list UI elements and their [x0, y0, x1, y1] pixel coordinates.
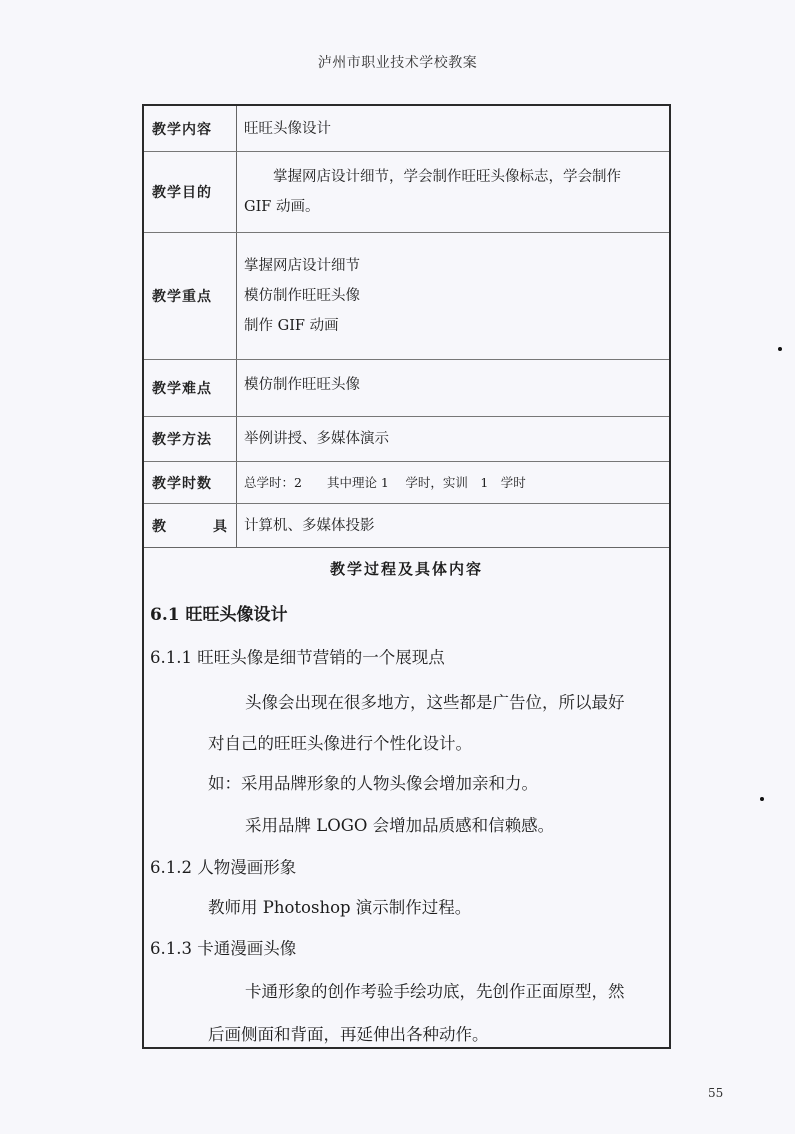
- row-label: 教学目的: [144, 152, 236, 232]
- column-divider: [236, 360, 237, 416]
- row-label: 教 具: [144, 504, 236, 547]
- lesson-plan-table: 教学内容 旺旺头像设计 教学目的 掌握网店设计细节，学会制作旺旺头像标志，学会制…: [142, 104, 671, 1049]
- scan-speck: [778, 347, 782, 351]
- row-value: 举例讲授、多媒体演示: [244, 417, 661, 461]
- row-value: 计算机、多媒体投影: [244, 504, 661, 547]
- row-value: 掌握网店设计细节 模仿制作旺旺头像 制作 GIF 动画: [244, 233, 661, 359]
- page-header: 泸州市职业技术学校教案: [0, 52, 795, 72]
- scan-speck: [760, 797, 764, 801]
- column-divider: [236, 106, 237, 151]
- row-label: 教学难点: [144, 360, 236, 416]
- row-hours: 教学时数 总学时：2 其中理论 1 学时，实训 1 学时: [144, 462, 669, 504]
- subsection-heading: 6.1.3 卡通漫画头像: [150, 935, 663, 959]
- process-title: 教学过程及具体内容: [144, 558, 669, 579]
- row-content: 教学内容 旺旺头像设计: [144, 106, 669, 152]
- row-equipment: 教 具 计算机、多媒体投影: [144, 504, 669, 548]
- row-label: 教学方法: [144, 417, 236, 461]
- row-value: 总学时：2 其中理论 1 学时，实训 1 学时: [244, 462, 661, 503]
- paragraph: 卡通形象的创作考验手绘功底，先创作正面原型，然: [150, 978, 663, 1002]
- paragraph: 如：采用品牌形象的人物头像会增加亲和力。: [150, 770, 663, 794]
- column-divider: [236, 417, 237, 461]
- paragraph: 对自己的旺旺头像进行个性化设计。: [150, 730, 663, 754]
- row-objective: 教学目的 掌握网店设计细节，学会制作旺旺头像标志，学会制作 GIF 动画。: [144, 152, 669, 233]
- row-method: 教学方法 举例讲授、多媒体演示: [144, 417, 669, 462]
- column-divider: [236, 152, 237, 232]
- column-divider: [236, 504, 237, 547]
- row-label: 教学内容: [144, 106, 236, 151]
- subsection-heading: 6.1.1 旺旺头像是细节营销的一个展现点: [150, 644, 663, 668]
- row-value: 旺旺头像设计: [244, 106, 661, 151]
- column-divider: [236, 462, 237, 503]
- section-heading: 6.1 旺旺头像设计: [150, 600, 663, 625]
- paragraph: 后画侧面和背面，再延伸出各种动作。: [150, 1021, 663, 1045]
- paragraph: 教师用 Photoshop 演示制作过程。: [150, 894, 663, 918]
- row-difficulty: 教学难点 模仿制作旺旺头像: [144, 360, 669, 417]
- row-value: 掌握网店设计细节，学会制作旺旺头像标志，学会制作 GIF 动画。: [244, 152, 661, 232]
- column-divider: [236, 233, 237, 359]
- row-label: 教学时数: [144, 462, 236, 503]
- page-number: 55: [708, 1086, 723, 1100]
- row-key-points: 教学重点 掌握网店设计细节 模仿制作旺旺头像 制作 GIF 动画: [144, 233, 669, 360]
- row-label: 教学重点: [144, 233, 236, 359]
- subsection-heading: 6.1.2 人物漫画形象: [150, 854, 663, 878]
- paragraph: 头像会出现在很多地方，这些都是广告位，所以最好: [150, 689, 663, 713]
- paragraph: 采用品牌 LOGO 会增加品质感和信赖感。: [150, 812, 663, 836]
